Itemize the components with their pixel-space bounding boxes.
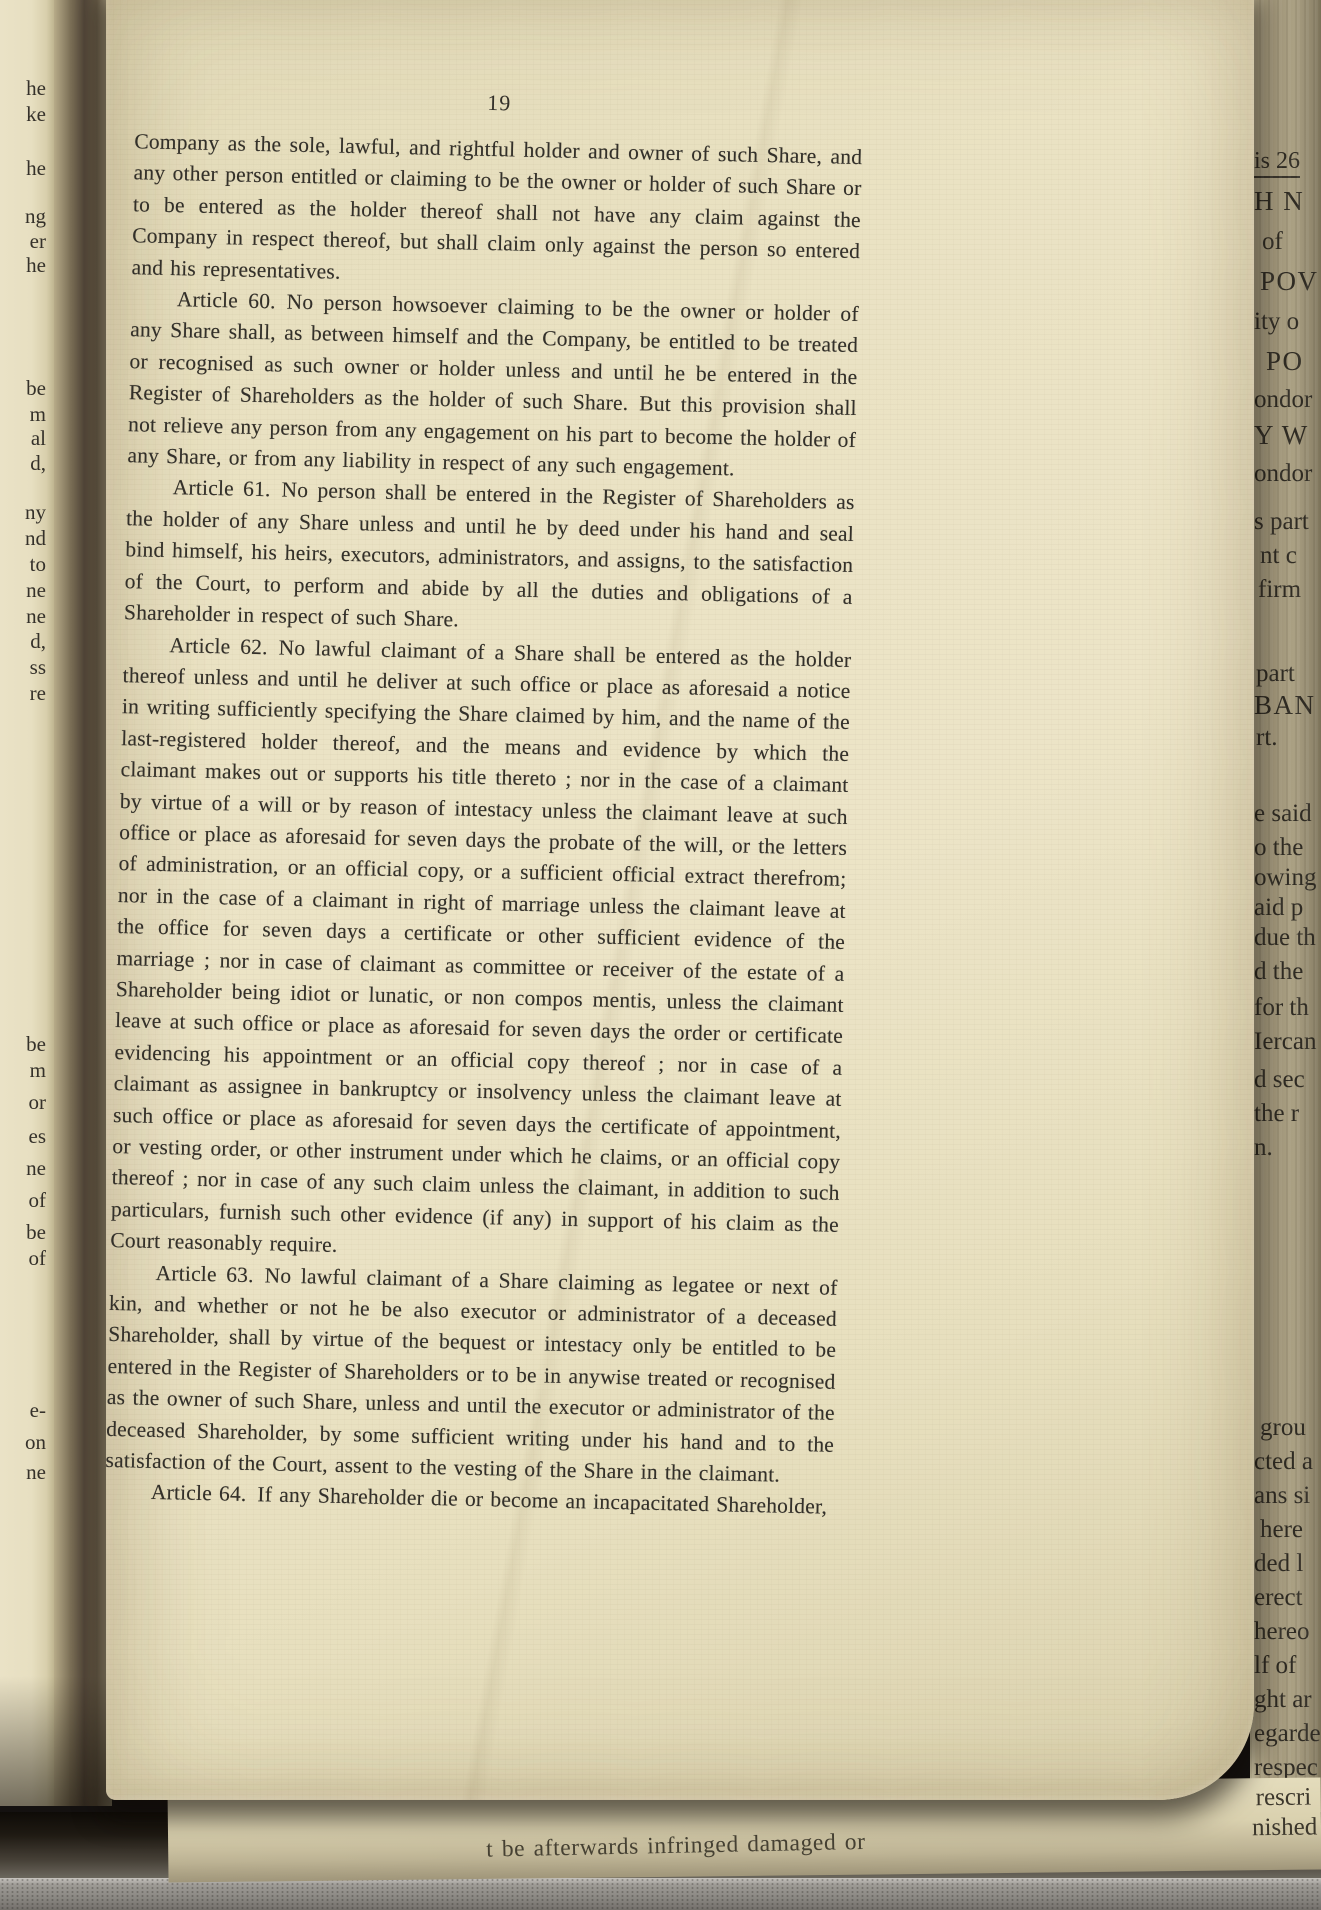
edge-text-fragment: he xyxy=(26,76,46,101)
edge-text-fragment: H N xyxy=(1254,186,1304,217)
scanned-book-page: t be afterwards infringed damaged or res… xyxy=(0,0,1321,1910)
edge-text-fragment: ny xyxy=(25,500,46,525)
edge-text-fragment: rescri xyxy=(1256,1784,1312,1813)
table-edge-strip xyxy=(0,1878,1321,1910)
edge-text-fragment: PO xyxy=(1266,346,1304,377)
edge-text-fragment: er xyxy=(30,229,46,254)
edge-text-fragment: owing xyxy=(1254,864,1317,892)
edge-text-fragment: es xyxy=(29,1124,47,1149)
edge-text-fragment: for th xyxy=(1254,994,1309,1022)
edge-text-fragment: nished xyxy=(1252,1814,1318,1843)
edge-text-fragment: firm xyxy=(1258,576,1301,604)
paragraph: Article 63. No lawful claimant of a Shar… xyxy=(105,1257,838,1493)
edge-text-fragment: be xyxy=(26,1220,46,1245)
book-gutter-shadow xyxy=(54,0,112,1806)
paragraph: Article 60. No person howsoever claiming… xyxy=(127,283,859,487)
edge-text-fragment: n. xyxy=(1254,1134,1273,1162)
edge-text-fragment: of xyxy=(29,1246,47,1271)
edge-text-fragment: egarde xyxy=(1254,1720,1321,1748)
edge-text-fragment: cted a xyxy=(1254,1448,1313,1476)
edge-text-fragment: of xyxy=(29,1188,47,1213)
edge-text-fragment: due th xyxy=(1254,924,1316,952)
edge-text-fragment: part xyxy=(1256,660,1295,688)
edge-text-fragment: erect xyxy=(1254,1584,1303,1612)
edge-text-fragment: d, xyxy=(30,629,46,654)
edge-text-fragment: of xyxy=(1262,228,1283,256)
edge-text-fragment: ondor xyxy=(1254,386,1312,414)
edge-text-fragment: the r xyxy=(1254,1100,1299,1128)
edge-text-fragment: is 26 xyxy=(1254,148,1300,178)
edge-text-fragment: here xyxy=(1260,1516,1303,1544)
edge-text-fragment: ne xyxy=(26,1156,46,1181)
page-number: 19 xyxy=(135,82,863,124)
edge-text-fragment: d the xyxy=(1254,958,1303,986)
edge-text-fragment: ne xyxy=(26,1460,46,1485)
paragraph: Article 62. No lawful claimant of a Shar… xyxy=(110,629,852,1273)
edge-text-fragment: aid p xyxy=(1254,894,1303,922)
text-block: 19 Company as the sole, lawful, and righ… xyxy=(105,82,864,1523)
edge-text-fragment: ondor xyxy=(1254,460,1312,488)
edge-text-fragment: grou xyxy=(1260,1414,1306,1442)
edge-text-fragment: ne xyxy=(26,578,46,603)
edge-text-fragment: ded l xyxy=(1254,1550,1303,1578)
edge-text-fragment: Iercan xyxy=(1254,1028,1316,1056)
edge-text-fragment: nd xyxy=(25,526,46,551)
edge-text-fragment: ss xyxy=(30,655,46,680)
paragraph: Company as the sole, lawful, and rightfu… xyxy=(131,126,862,299)
edge-text-fragment: Y W xyxy=(1254,420,1309,451)
edge-text-fragment: ke xyxy=(26,102,46,127)
undertext-line: t be afterwards infringed damaged or xyxy=(486,1829,866,1864)
edge-text-fragment: m xyxy=(30,402,46,427)
paragraph: Article 61. No person shall be entered i… xyxy=(124,472,855,645)
edge-text-fragment: e said xyxy=(1254,800,1312,828)
edge-text-fragment: nt c xyxy=(1260,542,1297,570)
edge-text-fragment: ne xyxy=(26,604,46,629)
edge-text-fragment: lf of xyxy=(1254,1652,1296,1680)
edge-text-fragment: ans si xyxy=(1254,1482,1310,1510)
edge-text-fragment: to xyxy=(30,552,46,577)
right-page-edge: is 26H NofPOVity oPOondorY Wondors partn… xyxy=(1250,0,1321,1812)
main-page: 19 Company as the sole, lawful, and righ… xyxy=(106,0,1254,1800)
edge-text-fragment: s part xyxy=(1254,508,1309,536)
edge-text-fragment: be xyxy=(26,1032,46,1057)
edge-text-fragment: al xyxy=(31,426,46,451)
edge-text-fragment: or xyxy=(29,1090,47,1115)
edge-text-fragment: ity o xyxy=(1254,308,1299,336)
edge-text-fragment: re xyxy=(30,681,46,706)
edge-text-fragment: be xyxy=(26,376,46,401)
edge-text-fragment: hereo xyxy=(1254,1618,1310,1646)
edge-text-fragment: rt. xyxy=(1256,724,1278,752)
edge-text-fragment: d sec xyxy=(1254,1066,1305,1094)
edge-text-fragment: BAN xyxy=(1254,690,1316,721)
edge-text-fragment: m xyxy=(30,1058,46,1083)
edge-text-fragment: he xyxy=(26,253,46,278)
edge-text-fragment: e- xyxy=(30,1398,46,1423)
edge-text-fragment: ght ar xyxy=(1254,1686,1312,1714)
edge-text-fragment: POV xyxy=(1260,266,1319,297)
left-page-edge: hekehengerhebemald,nyndtonened,ssrebemor… xyxy=(0,0,54,1806)
edge-text-fragment: d, xyxy=(30,451,46,476)
edge-text-fragment: he xyxy=(26,156,46,181)
edge-text-fragment: o the xyxy=(1254,834,1303,862)
edge-text-fragment: ng xyxy=(25,204,46,229)
edge-text-fragment: on xyxy=(25,1430,46,1455)
